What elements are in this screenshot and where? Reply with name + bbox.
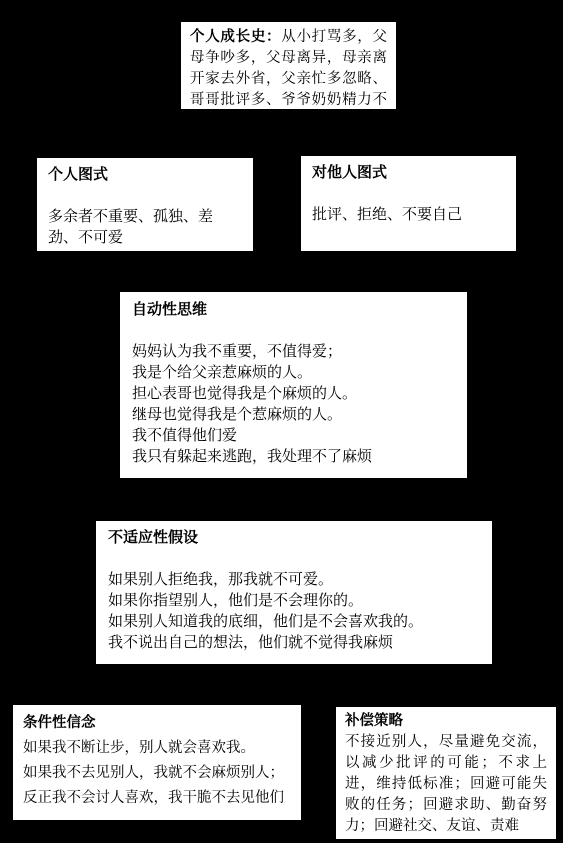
self-schema-title: 个人图式 [48,164,242,185]
box-schema-about-others: 对他人图式 批评、拒绝、不要自己 [301,156,516,251]
self-schema-body: 多余者不重要、孤独、差劲、不可爱 [48,206,242,248]
growth-history-title: 个人成长史： [190,29,281,45]
conditional-beliefs-title: 条件性信念 [23,711,291,736]
cbt-conceptualization-diagram: 个人成长史：从小打骂多，父母争吵多，父母离异，母亲离开家去外省，父亲忙多忽略、哥… [0,0,563,843]
compensatory-strategies-body: 不接近别人，尽量避免交流，以减少批评的可能；不求上进，维持低标准；回避可能失败的… [345,732,547,837]
automatic-thoughts-body: 妈妈认为我不重要，不值得爱； 我是个给父亲惹麻烦的人。 担心表哥也觉得我是个麻烦… [132,341,455,467]
box-automatic-thoughts: 自动性思维 妈妈认为我不重要，不值得爱； 我是个给父亲惹麻烦的人。 担心表哥也觉… [120,292,467,478]
box-personal-growth-history: 个人成长史：从小打骂多，父母争吵多，父母离异，母亲离开家去外省，父亲忙多忽略、哥… [181,22,396,109]
growth-history-text: 个人成长史：从小打骂多，父母争吵多，父母离异，母亲离开家去外省，父亲忙多忽略、哥… [190,27,387,109]
others-schema-title: 对他人图式 [312,162,505,183]
compensatory-strategies-title: 补偿策略 [345,711,547,732]
conditional-beliefs-body: 如果我不断让步，别人就会喜欢我。 如果我不去见别人，我就不会麻烦别人； 反正我不… [23,736,291,811]
box-conditional-beliefs: 条件性信念 如果我不断让步，别人就会喜欢我。 如果我不去见别人，我就不会麻烦别人… [13,705,301,820]
box-maladaptive-assumptions: 不适应性假设 如果别人拒绝我，那我就不可爱。 如果你指望别人，他们是不会理你的。… [96,521,492,664]
box-self-schema: 个人图式 多余者不重要、孤独、差劲、不可爱 [37,158,253,251]
maladaptive-assumptions-title: 不适应性假设 [108,527,480,548]
maladaptive-assumptions-body: 如果别人拒绝我，那我就不可爱。 如果你指望别人，他们是不会理你的。 如果别人知道… [108,569,480,653]
others-schema-body: 批评、拒绝、不要自己 [312,204,505,225]
box-compensatory-strategies: 补偿策略 不接近别人，尽量避免交流，以减少批评的可能；不求上进，维持低标准；回避… [336,707,556,839]
automatic-thoughts-title: 自动性思维 [132,299,455,320]
